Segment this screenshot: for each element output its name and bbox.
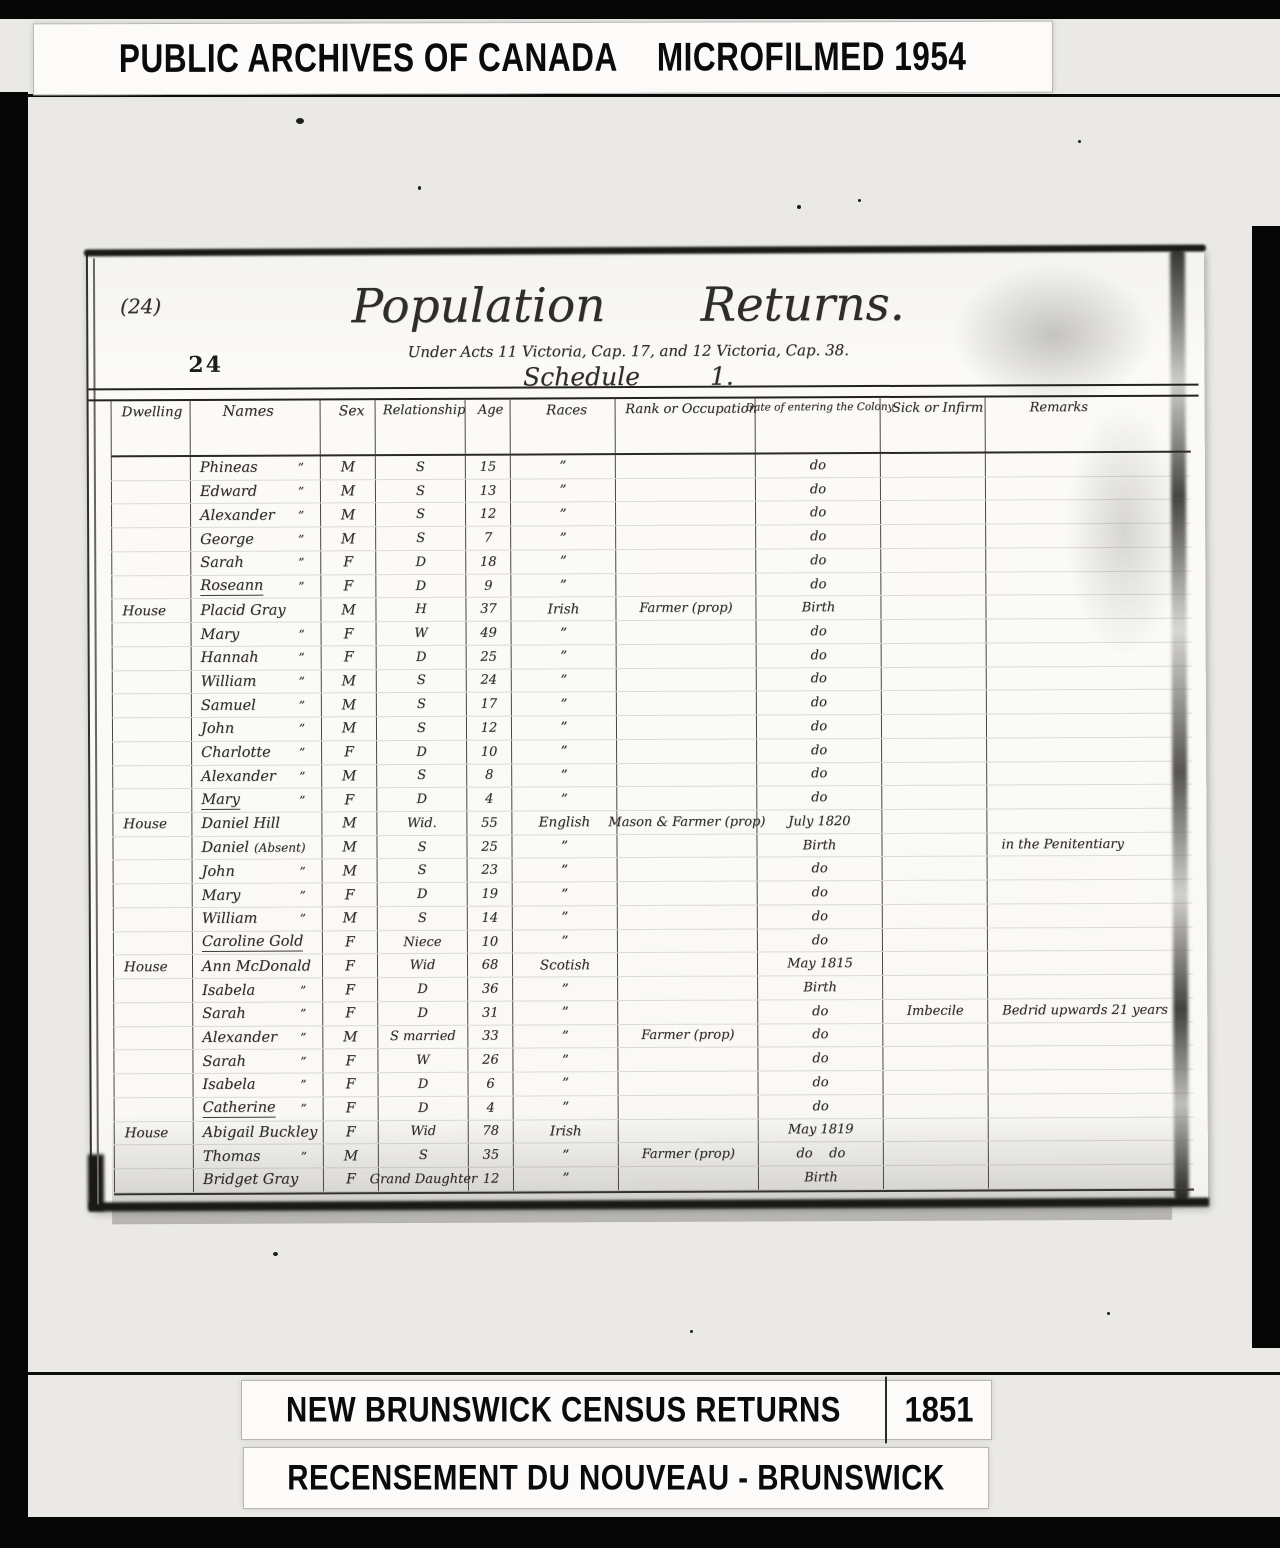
cell-sick-infirm	[883, 976, 988, 999]
cell-relationship: Wid	[378, 954, 468, 977]
cell-sick-infirm	[882, 738, 987, 761]
cell-name: William”	[193, 907, 323, 930]
cell-name: Roseann”	[191, 575, 321, 598]
cell-date-entering: do	[757, 691, 882, 714]
cell-relationship: S married	[378, 1025, 468, 1048]
cell-age: 55	[467, 812, 512, 835]
cell-remarks	[986, 571, 1191, 595]
cell-sex: M	[324, 1144, 379, 1167]
person-name: Bridget Gray	[203, 1172, 298, 1188]
cell-relationship: S	[377, 669, 467, 692]
cell-date-entering: Birth	[758, 976, 883, 999]
cell-occupation	[616, 549, 756, 572]
cell-occupation	[616, 502, 756, 525]
cell-race: ”	[511, 550, 616, 573]
cell-name: Mary”	[192, 789, 322, 812]
cell-race: ”	[513, 859, 618, 882]
cell-age: 10	[467, 740, 512, 763]
cell-date-entering: do	[756, 573, 881, 596]
cell-date-entering: do	[756, 501, 881, 524]
cell-sick-infirm	[883, 928, 988, 951]
cell-age: 37	[466, 598, 511, 621]
cell-race: ”	[512, 692, 617, 715]
cell-dwelling	[111, 504, 191, 527]
census-table: DwellingNamesSexRelationshipAgeRacesRank…	[111, 396, 1194, 1195]
cell-age: 36	[468, 978, 513, 1001]
census-page: (24) 24 Population Returns. Under Acts 1…	[86, 250, 1208, 1211]
archives-title: PUBLIC ARCHIVES OF CANADA	[119, 35, 618, 82]
archives-header-card: PUBLIC ARCHIVES OF CANADA MICROFILMED 19…	[33, 21, 1053, 96]
cell-dwelling	[112, 671, 192, 694]
cell-sex: M	[322, 670, 377, 693]
footer-divider-line	[28, 1372, 1280, 1375]
person-name: William	[201, 674, 257, 690]
cell-name: Mary”	[192, 623, 322, 646]
column-header: Rank or Occupation	[616, 398, 756, 454]
cell-sick-infirm	[881, 572, 986, 595]
cell-sex: M	[321, 504, 376, 527]
cell-occupation: Farmer (prop)	[619, 1143, 759, 1166]
cell-occupation	[619, 1119, 759, 1142]
cell-sick-infirm	[881, 525, 986, 548]
name-ditto-mark: ”	[300, 1007, 306, 1021]
cell-occupation	[616, 573, 756, 596]
cell-occupation	[617, 644, 757, 667]
cell-name: Mary”	[193, 884, 323, 907]
person-name: Daniel Hill	[201, 816, 280, 832]
cell-sick-infirm	[883, 1047, 988, 1070]
cell-occupation	[618, 953, 758, 976]
cell-sick-infirm	[882, 833, 987, 856]
cell-race: ”	[513, 977, 618, 1000]
person-name: Roseann	[200, 578, 263, 596]
cell-age: 24	[467, 669, 512, 692]
cell-relationship: D	[378, 1002, 468, 1025]
dust-speck	[690, 1330, 693, 1333]
person-name: Mary	[201, 791, 240, 809]
column-header: Sex	[321, 399, 376, 454]
film-edge-bottom	[0, 1517, 1280, 1548]
cell-dwelling	[112, 837, 192, 860]
cell-name: Daniel Hill	[192, 812, 322, 835]
cell-dwelling	[111, 481, 191, 504]
cell-age: 15	[466, 456, 511, 479]
cell-sick-infirm	[883, 1071, 988, 1094]
cell-sex: F	[322, 788, 377, 811]
name-ditto-mark: ”	[298, 485, 304, 499]
person-name: Catherine	[203, 1100, 276, 1118]
cell-relationship: D	[376, 551, 466, 574]
cell-race: Scotish	[513, 954, 618, 977]
cell-sex: F	[323, 931, 378, 954]
cell-age: 26	[468, 1049, 513, 1072]
cell-age: 35	[469, 1144, 514, 1167]
cell-relationship: S	[377, 717, 467, 740]
cell-remarks	[988, 904, 1193, 928]
cell-remarks	[986, 524, 1191, 548]
cell-dwelling	[111, 528, 191, 551]
cell-occupation	[618, 882, 758, 905]
cell-dwelling	[112, 647, 192, 670]
cell-sick-infirm	[883, 904, 988, 927]
cell-remarks	[988, 975, 1193, 999]
cell-relationship: D	[377, 741, 467, 764]
cell-name: Phineas”	[191, 456, 321, 479]
person-name: Hannah	[201, 650, 259, 666]
cell-name: Sarah”	[191, 551, 321, 574]
name-ditto-mark: ”	[300, 1102, 306, 1116]
person-name: Ann McDonald	[202, 958, 311, 974]
cell-relationship: W	[378, 1049, 468, 1072]
cell-sick-infirm	[882, 762, 987, 785]
cell-date-entering: May 1819	[759, 1119, 884, 1142]
cell-date-entering: May 1815	[758, 952, 883, 975]
cell-occupation	[617, 716, 757, 739]
cell-date-entering: do	[758, 881, 883, 904]
name-ditto-mark: ”	[299, 769, 305, 783]
cell-date-entering: Birth	[757, 834, 882, 857]
cell-sick-infirm	[881, 454, 986, 477]
cell-date-entering: do	[758, 905, 883, 928]
cell-relationship: S	[376, 456, 466, 479]
cell-dwelling	[113, 1074, 193, 1097]
cell-sick-infirm	[882, 620, 987, 643]
cell-occupation	[617, 763, 757, 786]
dust-speck	[1078, 140, 1081, 143]
cell-date-entering: do	[757, 763, 882, 786]
cell-occupation	[617, 739, 757, 762]
person-name: Abigail Buckley	[203, 1124, 318, 1140]
cell-name: Isabela”	[193, 979, 323, 1002]
cell-date-entering: do	[758, 1000, 883, 1023]
name-ditto-mark: ”	[300, 888, 306, 902]
cell-race: ”	[512, 740, 617, 763]
cell-race: ”	[514, 1096, 619, 1119]
cell-occupation	[616, 478, 756, 501]
film-edge-left	[0, 92, 28, 1548]
census-year: 1851	[885, 1377, 991, 1444]
column-header: Sick or Infirm	[881, 397, 986, 452]
cell-remarks	[989, 1141, 1194, 1165]
cell-name: Placid Gray	[191, 599, 321, 622]
name-ditto-mark: ”	[300, 1054, 306, 1068]
cell-dwelling	[114, 1145, 194, 1168]
cell-name: Daniel(Absent)	[192, 836, 322, 859]
cell-sick-infirm	[881, 477, 986, 500]
cell-date-entering: do	[758, 929, 883, 952]
cell-name: Isabela”	[193, 1074, 323, 1097]
name-ditto-mark: ”	[299, 746, 305, 760]
column-header: Names	[191, 399, 321, 455]
name-ditto-mark: ”	[299, 674, 305, 688]
cell-sex: M	[322, 836, 377, 859]
cell-date-entering: do	[757, 739, 882, 762]
name-ditto-mark: ”	[299, 722, 305, 736]
cell-age: 68	[468, 954, 513, 977]
cell-race: Irish	[511, 598, 616, 621]
cell-occupation: Farmer (prop)	[616, 597, 756, 620]
cell-age: 4	[467, 788, 512, 811]
cell-sex: F	[322, 741, 377, 764]
name-ditto-mark: ”	[298, 556, 304, 570]
cell-dwelling	[113, 860, 193, 883]
cell-date-entering: do	[758, 1024, 883, 1047]
caption-french: RECENSEMENT DU NOUVEAU - BRUNSWICK	[243, 1447, 989, 1509]
cell-age: 12	[466, 503, 511, 526]
cell-age: 19	[468, 883, 513, 906]
cell-race: English	[512, 811, 617, 834]
cell-sick-infirm	[884, 1166, 989, 1189]
cell-sex: F	[323, 978, 378, 1001]
cell-sex: M	[323, 1026, 378, 1049]
cell-sex: F	[323, 955, 378, 978]
cell-sex: M	[322, 694, 377, 717]
person-name: John	[202, 864, 235, 880]
cell-sick-infirm	[882, 786, 987, 809]
cell-dwelling	[112, 694, 192, 717]
cell-date-entering: do	[758, 1047, 883, 1070]
cell-sex: M	[321, 456, 376, 479]
cell-sick-infirm	[881, 501, 986, 524]
cell-remarks	[988, 951, 1193, 975]
cell-dwelling	[114, 1098, 194, 1121]
cell-occupation	[616, 455, 756, 478]
cell-dwelling	[112, 742, 192, 765]
cell-name: Sarah”	[193, 1050, 323, 1073]
name-ditto-mark: ”	[298, 508, 304, 522]
cell-race: ”	[513, 906, 618, 929]
cell-occupation	[616, 526, 756, 549]
cell-remarks	[988, 856, 1193, 880]
cell-name: Caroline Gold	[193, 931, 323, 954]
cell-sex: F	[323, 883, 378, 906]
column-header: Date of entering the Colony	[756, 397, 881, 453]
cell-remarks	[988, 1022, 1193, 1046]
dust-speck	[273, 1252, 278, 1256]
cell-date-entering: do	[757, 715, 882, 738]
cell-sex: F	[321, 551, 376, 574]
cell-race: ”	[513, 1048, 618, 1071]
cell-sick-infirm	[884, 1118, 989, 1141]
name-ditto-mark: ”	[300, 1030, 306, 1044]
cell-remarks	[987, 666, 1192, 690]
cell-age: 8	[467, 764, 512, 787]
cell-remarks	[987, 737, 1192, 761]
cell-dwelling: House	[112, 813, 192, 836]
cell-date-entering: July 1820	[757, 810, 882, 833]
cell-relationship: D	[378, 883, 468, 906]
name-ditto-mark: ”	[298, 532, 304, 546]
cell-dwelling	[111, 457, 191, 480]
column-header: Dwelling	[111, 400, 191, 455]
cell-race: ”	[513, 1025, 618, 1048]
cell-dwelling	[112, 718, 192, 741]
cell-race: ”	[513, 882, 618, 905]
cell-relationship: D	[377, 646, 467, 669]
cell-sex: F	[322, 646, 377, 669]
cell-date-entering: do do	[759, 1142, 884, 1165]
page-title-word: Returns.	[700, 277, 904, 333]
cell-age: 23	[468, 859, 513, 882]
cell-age: 7	[466, 527, 511, 550]
cell-sex: M	[323, 860, 378, 883]
column-header: Remarks	[986, 396, 1191, 452]
cell-race: ”	[513, 1072, 618, 1095]
cell-race: ”	[513, 930, 618, 953]
cell-name: John”	[192, 717, 322, 740]
cell-relationship: S	[378, 907, 468, 930]
person-name: John	[201, 721, 234, 737]
cell-remarks	[986, 548, 1191, 572]
person-name: Alexander	[202, 1030, 277, 1046]
cell-occupation	[618, 905, 758, 928]
cell-age: 6	[468, 1073, 513, 1096]
cell-dwelling	[113, 932, 193, 955]
cell-sex: M	[321, 599, 376, 622]
cell-remarks	[987, 619, 1192, 643]
dust-speck	[797, 205, 801, 209]
cell-name: Charlotte”	[192, 741, 322, 764]
person-name: Phineas	[200, 460, 258, 476]
name-ditto-mark: ”	[301, 1149, 307, 1163]
cell-occupation	[618, 858, 758, 881]
cell-relationship: W	[377, 622, 467, 645]
cell-occupation	[618, 929, 758, 952]
cell-sex: F	[323, 1002, 378, 1025]
cell-race: Irish	[514, 1120, 619, 1143]
name-ditto-mark: ”	[300, 983, 306, 997]
cell-date-entering: do	[758, 1071, 883, 1094]
cell-name: Alexander”	[191, 504, 321, 527]
person-name: Sarah	[202, 1053, 246, 1069]
person-name: Charlotte	[201, 745, 271, 761]
table-row: Bridget GrayFGrand Daughter12”Birth	[114, 1165, 1194, 1193]
cell-name: Thomas”	[194, 1145, 324, 1168]
cell-sick-infirm	[882, 691, 987, 714]
name-ditto-mark: ”	[299, 864, 305, 878]
table-header-row: DwellingNamesSexRelationshipAgeRacesRank…	[111, 396, 1191, 458]
cell-race: ”	[511, 503, 616, 526]
cell-sick-infirm	[882, 715, 987, 738]
cell-date-entering: do	[757, 668, 882, 691]
cell-date-entering: do	[756, 478, 881, 501]
cell-sick-infirm	[883, 1023, 988, 1046]
cell-relationship: D	[378, 978, 468, 1001]
cell-dwelling: House	[111, 599, 191, 622]
cell-sex: F	[323, 1073, 378, 1096]
cell-relationship: S	[376, 480, 466, 503]
cell-sex: M	[321, 480, 376, 503]
cell-date-entering: Birth	[759, 1166, 884, 1189]
cell-date-entering: do	[756, 454, 881, 477]
cell-age: 13	[466, 479, 511, 502]
cell-sex: M	[323, 907, 378, 930]
cell-occupation	[619, 1167, 759, 1190]
cell-race: ”	[511, 574, 616, 597]
cell-name: Ann McDonald	[193, 955, 323, 978]
person-name: Alexander	[200, 507, 275, 523]
name-ditto-mark: (Absent)	[254, 841, 306, 855]
cell-occupation	[617, 834, 757, 857]
person-name: Caroline Gold	[202, 934, 304, 952]
cell-dwelling	[114, 1169, 194, 1192]
census-title-en: NEW BRUNSWICK CENSUS RETURNS	[258, 1389, 869, 1430]
cell-sick-infirm	[882, 667, 987, 690]
cell-occupation	[617, 692, 757, 715]
cell-age: 25	[467, 645, 512, 668]
cell-age: 17	[467, 693, 512, 716]
cell-sick-infirm	[883, 857, 988, 880]
cell-occupation: Mason & Farmer (prop)	[617, 811, 757, 834]
cell-race: ”	[512, 621, 617, 644]
name-ditto-mark: ”	[299, 793, 305, 807]
cell-relationship: D	[377, 788, 467, 811]
cell-sick-infirm	[881, 548, 986, 571]
cell-name: Catherine”	[194, 1097, 324, 1120]
cell-sex: F	[324, 1097, 379, 1120]
cell-relationship: S	[379, 1144, 469, 1167]
cell-dwelling	[113, 979, 193, 1002]
cell-remarks	[989, 1093, 1194, 1117]
cell-sick-infirm	[883, 881, 988, 904]
cell-sex: F	[321, 575, 376, 598]
person-name: Isabela	[202, 982, 255, 998]
cell-name: Abigail Buckley	[194, 1121, 324, 1144]
cell-sick-infirm	[882, 643, 987, 666]
cell-name: Alexander”	[193, 1026, 323, 1049]
cell-relationship: S	[377, 693, 467, 716]
cell-age: 49	[467, 622, 512, 645]
census-title-fr: RECENSEMENT DU NOUVEAU - BRUNSWICK	[263, 1457, 970, 1498]
cell-remarks	[989, 1165, 1194, 1189]
cell-sick-infirm	[883, 952, 988, 975]
cell-name: Bridget Gray	[194, 1168, 324, 1191]
cell-remarks	[988, 1046, 1193, 1070]
cell-remarks	[988, 1070, 1193, 1094]
cell-occupation	[617, 668, 757, 691]
cell-dwelling	[113, 1003, 193, 1026]
person-name: Mary	[201, 626, 240, 642]
cell-relationship: D	[379, 1097, 469, 1120]
person-name: Daniel	[201, 840, 249, 856]
name-ditto-mark: ”	[300, 1078, 306, 1092]
cell-dwelling	[113, 884, 193, 907]
name-ditto-mark: ”	[298, 461, 304, 475]
cell-occupation	[618, 1072, 758, 1095]
cell-age: 12	[469, 1168, 514, 1191]
cell-remarks	[989, 1117, 1194, 1141]
cell-race: ”	[512, 716, 617, 739]
cell-date-entering: do	[756, 525, 881, 548]
cell-dwelling	[113, 908, 193, 931]
cell-dwelling	[113, 1050, 193, 1073]
cell-age: 9	[466, 574, 511, 597]
name-ditto-mark: ”	[299, 698, 305, 712]
cell-remarks	[986, 595, 1191, 619]
cell-race: ”	[511, 455, 616, 478]
cell-age: 25	[467, 835, 512, 858]
cell-name: Hannah”	[192, 646, 322, 669]
cell-dwelling	[112, 766, 192, 789]
cell-sex: M	[322, 717, 377, 740]
dust-speck	[1107, 1312, 1110, 1315]
person-name: Alexander	[201, 769, 276, 785]
cell-age: 14	[468, 907, 513, 930]
cell-sick-infirm	[881, 596, 986, 619]
cell-occupation: Farmer (prop)	[618, 1024, 758, 1047]
person-name: William	[202, 911, 258, 927]
column-header: Races	[511, 398, 616, 453]
